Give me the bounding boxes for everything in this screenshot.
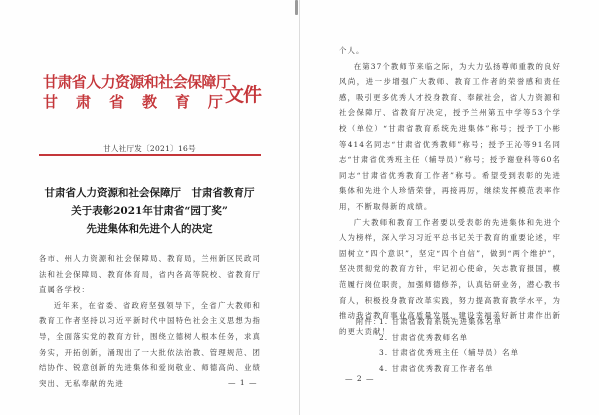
continuation-text: 个人。 [339, 43, 561, 59]
attachment-text: 2. 甘肃省优秀教师名单 [379, 330, 468, 346]
attachment-text: 1. 甘肃省教育系统先进集体名单 [379, 314, 502, 330]
letterhead-char: 肃 [76, 91, 91, 112]
attachment-text: 4. 甘肃省优秀教育工作者名单 [379, 361, 494, 377]
attachments-label: 附件： [356, 314, 379, 330]
letterhead-char: 教 [142, 91, 157, 112]
page-2-body: 个人。 在第37个教师节来临之际，为大力弘扬尊师重教的良好风尚，进一步增强广大教… [339, 43, 561, 339]
scrollbar-thumb[interactable] [295, 0, 298, 15]
document-page-1: 甘肃省人力资源和社会保障厅 甘 肃 省 教 育 厅 文件 甘人社厅发〔2021〕… [0, 0, 299, 415]
title-line-1: 甘肃省人力资源和社会保障厅 甘肃省教育厅 [0, 184, 299, 202]
letterhead-char: 厅 [208, 91, 223, 112]
attachment-item: 3. 甘肃省优秀班主任（辅导员）名单 [356, 345, 519, 361]
red-divider-line [39, 154, 261, 156]
attachment-item: 2. 甘肃省优秀教师名单 [356, 330, 519, 346]
attachment-item: 附件： 1. 甘肃省教育系统先进集体名单 [356, 314, 519, 330]
attachment-item: 4. 甘肃省优秀教育工作者名单 [356, 361, 519, 377]
page-number-2: — 2 — [345, 374, 375, 383]
letterhead-issuer-1: 甘肃省人力资源和社会保障厅 [43, 71, 230, 92]
red-letterhead: 甘肃省人力资源和社会保障厅 甘 肃 省 教 育 厅 文件 [43, 71, 268, 111]
title-line-2: 关于表彰2021年甘肃省“园丁奖” [0, 202, 299, 220]
attachments-list: 附件： 1. 甘肃省教育系统先进集体名单 2. 甘肃省优秀教师名单 3. 甘肃省… [356, 314, 519, 376]
letterhead-char: 省 [109, 91, 124, 112]
attachment-text: 3. 甘肃省优秀班主任（辅导员）名单 [379, 345, 519, 361]
title-line-3: 先进集体和先进个人的决定 [0, 220, 299, 238]
letterhead-suffix: 文件 [225, 80, 261, 107]
document-number: 甘人社厅发〔2021〕16号 [0, 143, 299, 154]
page-number-1: — 1 — [228, 378, 258, 387]
document-title: 甘肃省人力资源和社会保障厅 甘肃省教育厅 关于表彰2021年甘肃省“园丁奖” 先… [0, 184, 299, 238]
paragraph-2: 在第37个教师节来临之际，为大力弘扬尊师重教的良好风尚，进一步增强广大教师、教育… [339, 59, 561, 215]
letterhead-char: 甘 [43, 91, 58, 112]
letterhead-char: 育 [175, 91, 190, 112]
page-1-body: 各市、州人力资源和社会保障局、教育局，兰州新区民政司法和社会保障局、教育体育局，… [39, 251, 261, 391]
addressee: 各市、州人力资源和社会保障局、教育局，兰州新区民政司法和社会保障局、教育体育局，… [39, 251, 261, 298]
letterhead-issuer-2: 甘 肃 省 教 育 厅 [43, 91, 223, 112]
